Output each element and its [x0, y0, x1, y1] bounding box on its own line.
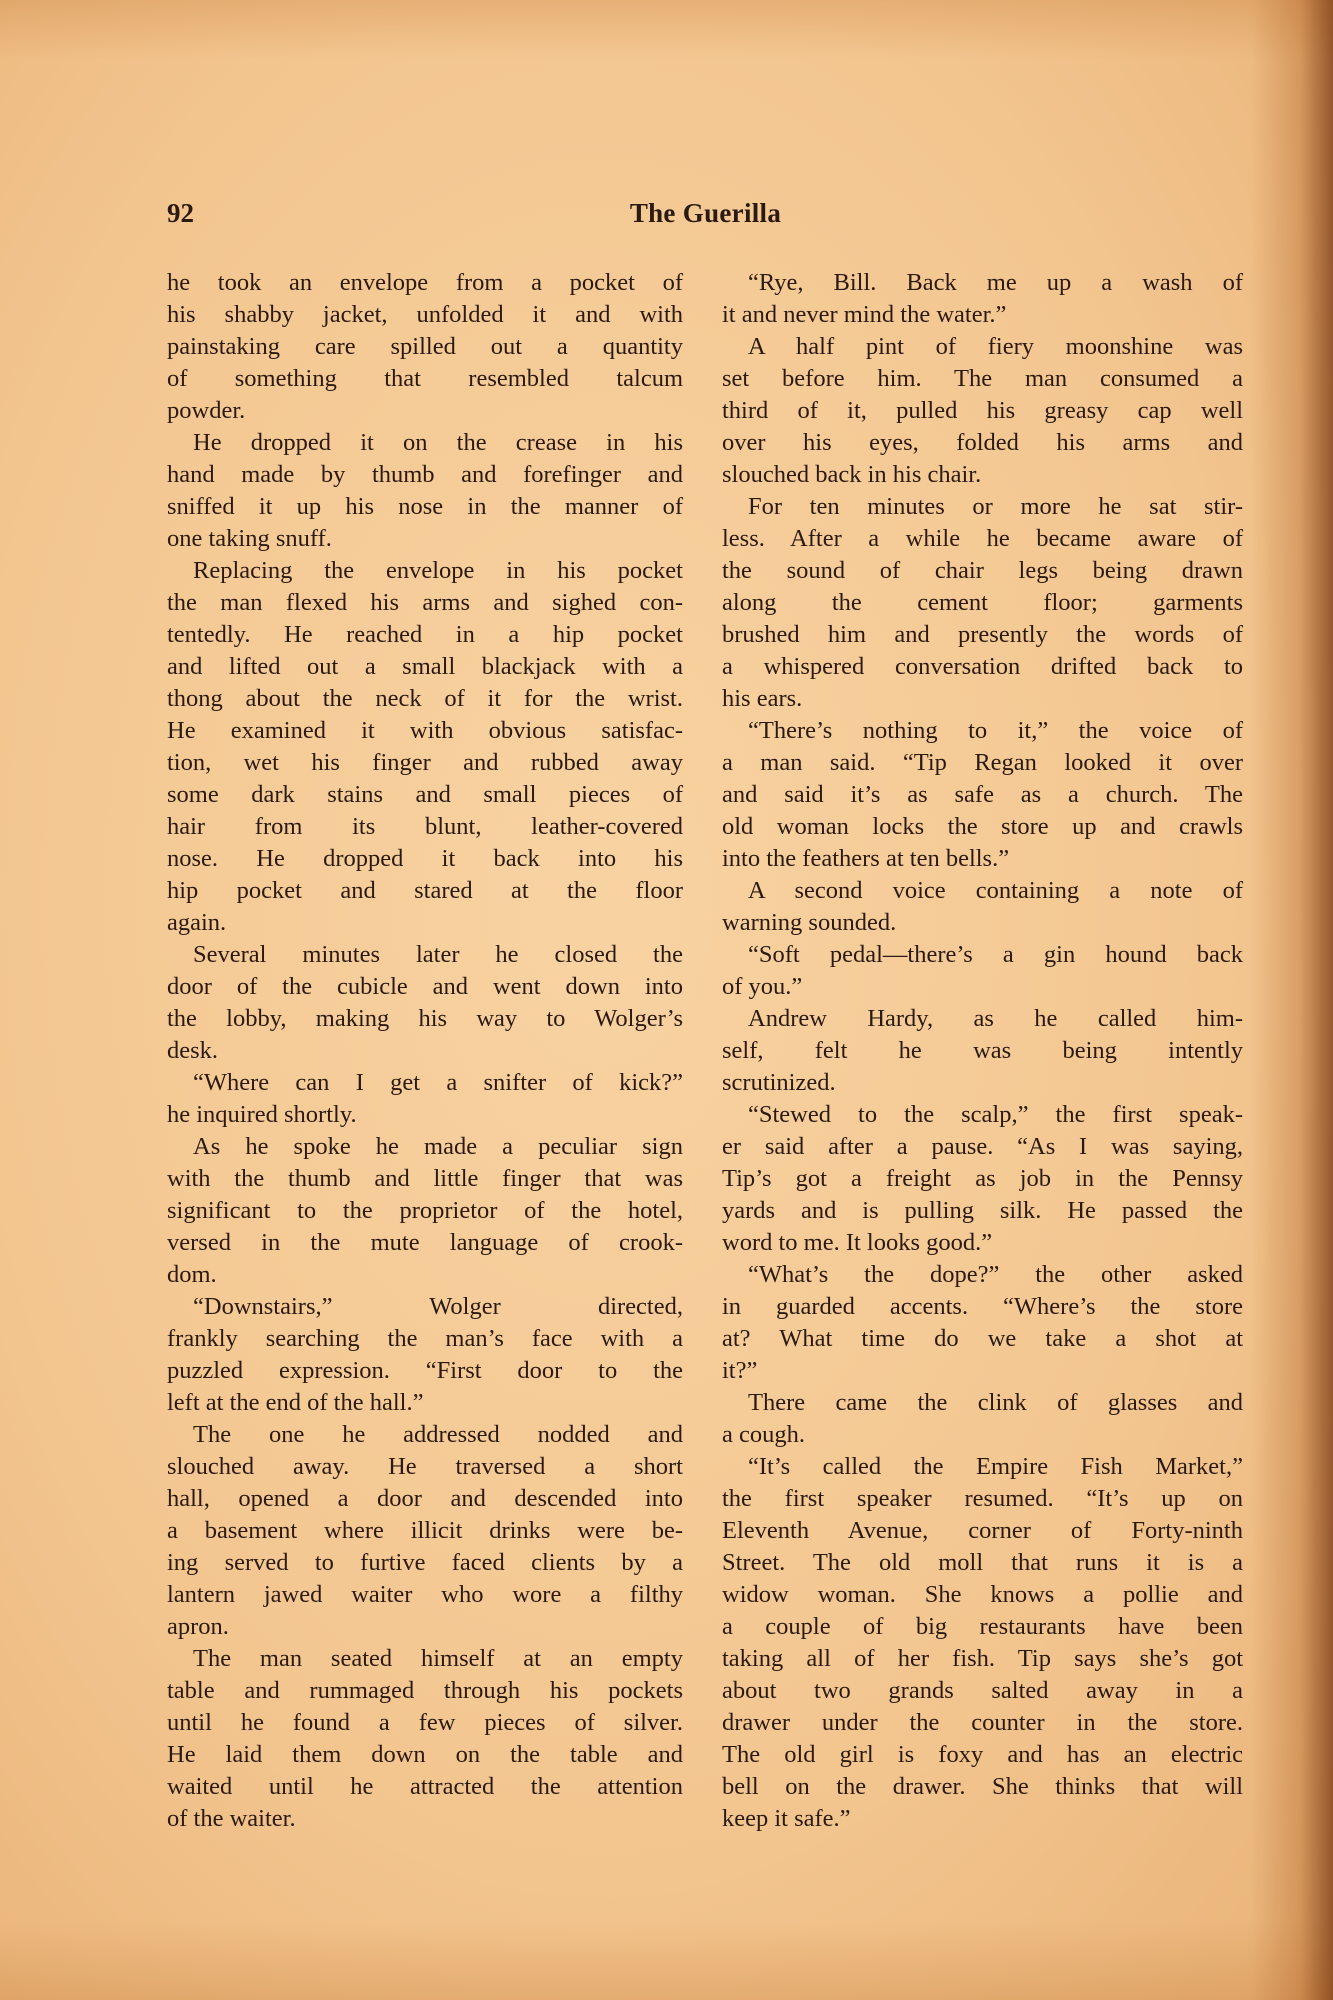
text-line: third of it, pulled his greasy cap well	[722, 395, 1243, 427]
text-line: dom.	[167, 1259, 683, 1291]
text-line: The old girl is foxy and has an electric	[722, 1739, 1243, 1771]
text-line: of the waiter.	[167, 1803, 683, 1835]
text-line: less. After a while he became aware of	[722, 523, 1243, 555]
text-line: waited until he attracted the attention	[167, 1771, 683, 1803]
text-line: a basement where illicit drinks were be-	[167, 1515, 683, 1547]
text-line: thong about the neck of it for the wrist…	[167, 683, 683, 715]
text-line: a cough.	[722, 1419, 1243, 1451]
book-page: 92 The Guerilla he took an envelope from…	[0, 0, 1333, 2000]
right-text-column: “Rye, Bill. Back me up a wash ofit and n…	[722, 267, 1243, 1835]
text-line: Andrew Hardy, as he called him-	[722, 1003, 1243, 1035]
text-line: He examined it with obvious satisfac-	[167, 715, 683, 747]
running-title: The Guerilla	[167, 198, 1244, 229]
text-line: of something that resembled talcum	[167, 363, 683, 395]
text-line: of you.”	[722, 971, 1243, 1003]
text-line: a whispered conversation drifted back to	[722, 651, 1243, 683]
text-line: set before him. The man consumed a	[722, 363, 1243, 395]
text-line: and said it’s as safe as a church. The	[722, 779, 1243, 811]
text-line: tion, wet his finger and rubbed away	[167, 747, 683, 779]
text-line: “Rye, Bill. Back me up a wash of	[722, 267, 1243, 299]
text-line: sniffed it up his nose in the manner of	[167, 491, 683, 523]
text-line: and lifted out a small blackjack with a	[167, 651, 683, 683]
text-line: word to me. It looks good.”	[722, 1227, 1243, 1259]
text-line: lantern jawed waiter who wore a filthy	[167, 1579, 683, 1611]
text-line: Street. The old moll that runs it is a	[722, 1547, 1243, 1579]
text-line: He laid them down on the table and	[167, 1739, 683, 1771]
text-line: “There’s nothing to it,” the voice of	[722, 715, 1243, 747]
text-line: door of the cubicle and went down into	[167, 971, 683, 1003]
text-line: For ten minutes or more he sat stir-	[722, 491, 1243, 523]
text-line: brushed him and presently the words of	[722, 619, 1243, 651]
text-line: desk.	[167, 1035, 683, 1067]
text-line: slouched away. He traversed a short	[167, 1451, 683, 1483]
page-header: 92 The Guerilla	[167, 198, 1244, 238]
text-line: his shabby jacket, unfolded it and with	[167, 299, 683, 331]
text-line: Several minutes later he closed the	[167, 939, 683, 971]
text-line: along the cement floor; garments	[722, 587, 1243, 619]
text-line: “What’s the dope?” the other asked	[722, 1259, 1243, 1291]
text-line: tentedly. He reached in a hip pocket	[167, 619, 683, 651]
text-line: “Soft pedal—there’s a gin hound back	[722, 939, 1243, 971]
text-line: he inquired shortly.	[167, 1099, 683, 1131]
text-line: about two grands salted away in a	[722, 1675, 1243, 1707]
text-line: self, felt he was being intently	[722, 1035, 1243, 1067]
text-line: the man flexed his arms and sighed con-	[167, 587, 683, 619]
text-line: it?”	[722, 1355, 1243, 1387]
text-line: Eleventh Avenue, corner of Forty-ninth	[722, 1515, 1243, 1547]
text-line: Tip’s got a freight as job in the Pennsy	[722, 1163, 1243, 1195]
text-line: The one he addressed nodded and	[167, 1419, 683, 1451]
text-line: at? What time do we take a shot at	[722, 1323, 1243, 1355]
text-line: left at the end of the hall.”	[167, 1387, 683, 1419]
text-line: some dark stains and small pieces of	[167, 779, 683, 811]
text-line: the sound of chair legs being drawn	[722, 555, 1243, 587]
text-line: into the feathers at ten bells.”	[722, 843, 1243, 875]
text-line: the first speaker resumed. “It’s up on	[722, 1483, 1243, 1515]
text-line: A second voice containing a note of	[722, 875, 1243, 907]
text-line: a couple of big restaurants have been	[722, 1611, 1243, 1643]
text-line: bell on the drawer. She thinks that will	[722, 1771, 1243, 1803]
text-line: widow woman. She knows a pollie and	[722, 1579, 1243, 1611]
text-line: scrutinized.	[722, 1067, 1243, 1099]
text-line: hall, opened a door and descended into	[167, 1483, 683, 1515]
text-line: a man said. “Tip Regan looked it over	[722, 747, 1243, 779]
text-line: his ears.	[722, 683, 1243, 715]
text-line: over his eyes, folded his arms and	[722, 427, 1243, 459]
text-line: He dropped it on the crease in his	[167, 427, 683, 459]
text-line: old woman locks the store up and crawls	[722, 811, 1243, 843]
left-text-column: he took an envelope from a pocket ofhis …	[167, 267, 683, 1835]
text-line: apron.	[167, 1611, 683, 1643]
text-line: As he spoke he made a peculiar sign	[167, 1131, 683, 1163]
text-line: er said after a pause. “As I was saying,	[722, 1131, 1243, 1163]
text-line: yards and is pulling silk. He passed the	[722, 1195, 1243, 1227]
text-line: “Where can I get a snifter of kick?”	[167, 1067, 683, 1099]
text-line: “It’s called the Empire Fish Market,”	[722, 1451, 1243, 1483]
text-line: in guarded accents. “Where’s the store	[722, 1291, 1243, 1323]
text-line: with the thumb and little finger that wa…	[167, 1163, 683, 1195]
text-line: it and never mind the water.”	[722, 299, 1243, 331]
text-line: he took an envelope from a pocket of	[167, 267, 683, 299]
text-line: “Downstairs,” Wolger directed,	[167, 1291, 683, 1323]
text-line: ing served to furtive faced clients by a	[167, 1547, 683, 1579]
text-line: table and rummaged through his pockets	[167, 1675, 683, 1707]
text-line: again.	[167, 907, 683, 939]
text-line: hair from its blunt, leather-covered	[167, 811, 683, 843]
text-line: significant to the proprietor of the hot…	[167, 1195, 683, 1227]
text-line: until he found a few pieces of silver.	[167, 1707, 683, 1739]
text-line: nose. He dropped it back into his	[167, 843, 683, 875]
text-line: “Stewed to the scalp,” the first speak-	[722, 1099, 1243, 1131]
text-line: hand made by thumb and forefinger and	[167, 459, 683, 491]
text-line: warning sounded.	[722, 907, 1243, 939]
text-line: A half pint of fiery moonshine was	[722, 331, 1243, 363]
text-line: taking all of her fish. Tip says she’s g…	[722, 1643, 1243, 1675]
text-line: versed in the mute language of crook-	[167, 1227, 683, 1259]
text-line: powder.	[167, 395, 683, 427]
text-line: The man seated himself at an empty	[167, 1643, 683, 1675]
text-line: hip pocket and stared at the floor	[167, 875, 683, 907]
text-line: There came the clink of glasses and	[722, 1387, 1243, 1419]
text-line: puzzled expression. “First door to the	[167, 1355, 683, 1387]
text-line: slouched back in his chair.	[722, 459, 1243, 491]
text-line: frankly searching the man’s face with a	[167, 1323, 683, 1355]
text-line: the lobby, making his way to Wolger’s	[167, 1003, 683, 1035]
text-line: painstaking care spilled out a quantity	[167, 331, 683, 363]
text-line: Replacing the envelope in his pocket	[167, 555, 683, 587]
text-line: drawer under the counter in the store.	[722, 1707, 1243, 1739]
text-line: keep it safe.”	[722, 1803, 1243, 1835]
text-line: one taking snuff.	[167, 523, 683, 555]
